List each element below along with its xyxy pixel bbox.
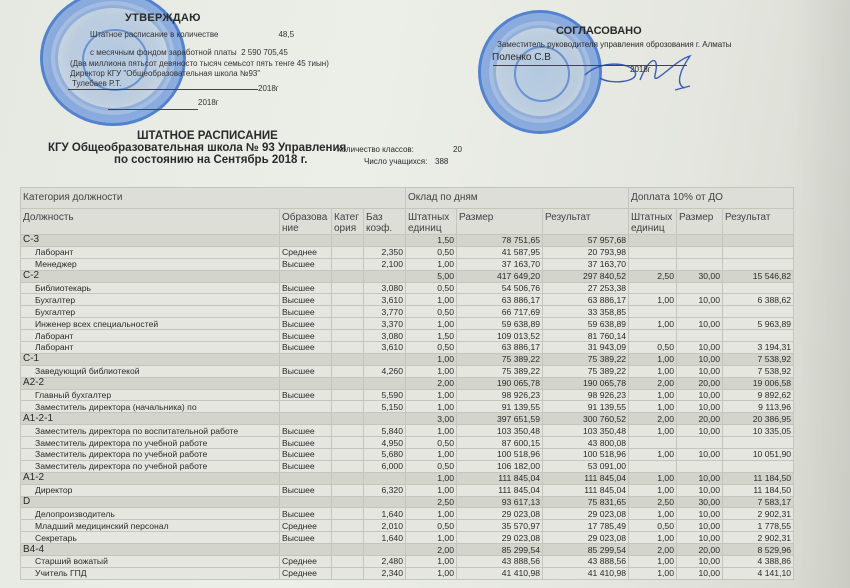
position-row: БухгалтерВысшее3,6101,0063 886,1763 886,… [21, 294, 794, 306]
cell-base-coef [364, 413, 406, 425]
cell-result: 75 389,22 [543, 353, 629, 365]
cell-bonus-units: 2,00 [629, 377, 677, 389]
cell-bonus-units: 1,00 [629, 449, 677, 461]
cell-bonus-amount: 10,00 [677, 449, 723, 461]
category-row: С-31,5078 751,6557 957,68 [21, 235, 794, 247]
cell-units: 2,00 [406, 544, 457, 556]
col-bonus-units: Штатных единиц [629, 209, 677, 235]
agree-date: 2018г [630, 65, 651, 74]
cell-name: С-2 [21, 270, 280, 282]
category-row: В4-42,0085 299,5485 299,542,0020,008 529… [21, 544, 794, 556]
approve-line-fund: с месячным фондом заработной платы 2 590… [90, 48, 288, 59]
cell-name: В4-4 [21, 544, 280, 556]
cell-name: Секретарь [21, 532, 280, 544]
cell-base-coef: 4,260 [364, 365, 406, 377]
cell-base-coef: 1,640 [364, 508, 406, 520]
cell-category [332, 508, 364, 520]
cell-amount: 75 389,22 [457, 365, 543, 377]
cell-bonus-amount: 10,00 [677, 342, 723, 354]
cell-units: 1,00 [406, 472, 457, 484]
organization-name: КГУ Общеобразовательная школа № 93 Управ… [48, 142, 346, 154]
cell-bonus-units: 1,00 [629, 484, 677, 496]
cell-bonus-result: 8 529,96 [723, 544, 794, 556]
category-row: С-11,0075 389,2275 389,221,0010,007 538,… [21, 353, 794, 365]
cell-bonus-result [723, 460, 794, 472]
cell-category [332, 413, 364, 425]
cell-bonus-amount: 20,00 [677, 544, 723, 556]
cell-education: Высшее [280, 365, 332, 377]
cell-name: Лаборант [21, 246, 280, 258]
cell-units: 0,50 [406, 520, 457, 532]
classes-count: Количество классов:20 [337, 145, 462, 154]
cell-result: 300 760,52 [543, 413, 629, 425]
cell-amount: 103 350,48 [457, 425, 543, 437]
agree-signature-line [493, 65, 687, 66]
cell-base-coef: 4,950 [364, 437, 406, 449]
cell-amount: 37 163,70 [457, 258, 543, 270]
category-row: С-25,00417 649,20297 840,522,5030,0015 5… [21, 270, 794, 282]
cell-bonus-units [629, 235, 677, 247]
cell-bonus-amount [677, 306, 723, 318]
cell-result: 43 888,56 [543, 556, 629, 568]
category-row: А1-2-13,00397 651,59300 760,522,0020,002… [21, 413, 794, 425]
cell-category [332, 246, 364, 258]
cell-category [332, 365, 364, 377]
cell-bonus-amount: 10,00 [677, 425, 723, 437]
cell-result: 85 299,54 [543, 544, 629, 556]
cell-education: Среднее [280, 556, 332, 568]
cell-base-coef: 3,770 [364, 306, 406, 318]
cell-education [280, 401, 332, 413]
cell-bonus-amount [677, 330, 723, 342]
cell-bonus-result: 4 388,86 [723, 556, 794, 568]
cell-bonus-amount [677, 235, 723, 247]
cell-bonus-result: 19 006,58 [723, 377, 794, 389]
cell-units: 0,50 [406, 282, 457, 294]
cell-bonus-units: 0,50 [629, 342, 677, 354]
cell-base-coef: 2,100 [364, 258, 406, 270]
approve-line-words: (Два миллиона пятьсот девяносто тысяч се… [70, 59, 329, 70]
cell-education: Высшее [280, 484, 332, 496]
cell-bonus-result: 2 902,31 [723, 508, 794, 520]
cell-name: Младший медицинский персонал [21, 520, 280, 532]
cell-units: 0,50 [406, 342, 457, 354]
cell-result: 43 800,08 [543, 437, 629, 449]
cell-bonus-units: 1,00 [629, 318, 677, 330]
cell-bonus-units: 1,00 [629, 365, 677, 377]
col-position: Должность [21, 209, 280, 235]
cell-education: Высшее [280, 508, 332, 520]
cell-amount: 397 651,59 [457, 413, 543, 425]
cell-result: 29 023,08 [543, 508, 629, 520]
cell-category [332, 389, 364, 401]
cell-units: 1,00 [406, 258, 457, 270]
cell-name: Учитель ГПД [21, 567, 280, 579]
cell-result: 31 943,09 [543, 342, 629, 354]
cell-name: Заведующий библиотекой [21, 365, 280, 377]
cell-result: 20 793,98 [543, 246, 629, 258]
cell-name: С-1 [21, 353, 280, 365]
cell-bonus-units [629, 460, 677, 472]
cell-base-coef: 5,590 [364, 389, 406, 401]
cell-category [332, 235, 364, 247]
cell-bonus-amount: 10,00 [677, 472, 723, 484]
cell-units: 3,00 [406, 413, 457, 425]
cell-bonus-units: 1,00 [629, 472, 677, 484]
cell-bonus-amount: 10,00 [677, 353, 723, 365]
cell-amount: 417 649,20 [457, 270, 543, 282]
cell-bonus-amount: 10,00 [677, 318, 723, 330]
cell-bonus-units [629, 246, 677, 258]
cell-education: Среднее [280, 567, 332, 579]
cell-result: 41 410,98 [543, 567, 629, 579]
cell-category [332, 342, 364, 354]
cell-name: С-3 [21, 235, 280, 247]
position-row: Инженер всех специальностейВысшее3,3701,… [21, 318, 794, 330]
cell-name: А1-2-1 [21, 413, 280, 425]
cell-amount: 29 023,08 [457, 532, 543, 544]
cell-base-coef: 3,370 [364, 318, 406, 330]
staff-schedule-table: Категория должности Оклад по дням Доплат… [20, 187, 794, 580]
cell-units: 1,00 [406, 425, 457, 437]
cell-category [332, 496, 364, 508]
cell-bonus-amount: 10,00 [677, 556, 723, 568]
cell-bonus-amount: 10,00 [677, 508, 723, 520]
cell-education: Высшее [280, 330, 332, 342]
cell-bonus-units: 1,00 [629, 532, 677, 544]
cell-amount: 63 886,17 [457, 342, 543, 354]
cell-education: Высшее [280, 389, 332, 401]
cell-category [332, 270, 364, 282]
cell-name: Инженер всех специальностей [21, 318, 280, 330]
cell-bonus-units [629, 330, 677, 342]
approve-line-name: Тулебаев Р.Т. [72, 79, 121, 90]
cell-units: 1,00 [406, 449, 457, 461]
cell-bonus-amount: 10,00 [677, 532, 723, 544]
cell-units: 1,00 [406, 353, 457, 365]
cell-bonus-units: 2,50 [629, 496, 677, 508]
cell-result: 111 845,04 [543, 472, 629, 484]
cell-bonus-result: 2 902,31 [723, 532, 794, 544]
cell-bonus-amount: 30,00 [677, 496, 723, 508]
position-row: Младший медицинский персоналСреднее2,010… [21, 520, 794, 532]
cell-bonus-amount: 10,00 [677, 401, 723, 413]
cell-amount: 75 389,22 [457, 353, 543, 365]
cell-units: 0,50 [406, 437, 457, 449]
cell-bonus-result: 4 141,10 [723, 567, 794, 579]
approve-date-1: 2018г [258, 84, 279, 95]
cell-name: Главный бухгалтер [21, 389, 280, 401]
cell-amount: 41 587,95 [457, 246, 543, 258]
cell-bonus-result [723, 306, 794, 318]
cell-amount: 63 886,17 [457, 294, 543, 306]
cell-result: 63 886,17 [543, 294, 629, 306]
cell-name: Бухгалтер [21, 306, 280, 318]
position-row: Заместитель директора по учебной работеВ… [21, 449, 794, 461]
cell-amount: 109 013,52 [457, 330, 543, 342]
approve-line-units: Штатное расписание в количестве48,5 [90, 30, 294, 41]
cell-education: Высшее [280, 306, 332, 318]
cell-name: Лаборант [21, 330, 280, 342]
cell-education: Высшее [280, 532, 332, 544]
cell-education: Высшее [280, 294, 332, 306]
cell-base-coef: 5,680 [364, 449, 406, 461]
cell-bonus-amount: 10,00 [677, 520, 723, 532]
cell-name: Заместитель директора по воспитательной … [21, 425, 280, 437]
cell-name: Заместитель директора по учебной работе [21, 437, 280, 449]
position-row: Заведующий библиотекойВысшее4,2601,0075 … [21, 365, 794, 377]
cell-result: 57 957,68 [543, 235, 629, 247]
cell-amount: 93 617,13 [457, 496, 543, 508]
cell-amount: 111 845,04 [457, 472, 543, 484]
cell-units: 1,50 [406, 330, 457, 342]
cell-result: 75 831,65 [543, 496, 629, 508]
position-row: ЛаборантВысшее3,6100,5063 886,1731 943,0… [21, 342, 794, 354]
cell-bonus-units [629, 282, 677, 294]
cell-bonus-amount [677, 460, 723, 472]
cell-category [332, 353, 364, 365]
cell-bonus-units [629, 306, 677, 318]
cell-education: Высшее [280, 342, 332, 354]
cell-name: D [21, 496, 280, 508]
cell-units: 0,50 [406, 460, 457, 472]
cell-education: Высшее [280, 460, 332, 472]
cell-base-coef [364, 353, 406, 365]
position-row: Главный бухгалтерВысшее5,5901,0098 926,2… [21, 389, 794, 401]
cell-base-coef: 3,080 [364, 282, 406, 294]
cell-units: 2,00 [406, 377, 457, 389]
position-row: Учитель ГПДСреднее2,3401,0041 410,9841 4… [21, 567, 794, 579]
cell-result: 297 840,52 [543, 270, 629, 282]
cell-base-coef [364, 235, 406, 247]
cell-result: 37 163,70 [543, 258, 629, 270]
cell-name: Директор [21, 484, 280, 496]
cell-result: 111 845,04 [543, 484, 629, 496]
group-header-salary: Оклад по дням [406, 188, 629, 209]
cell-name: Заместитель директора по учебной работе [21, 460, 280, 472]
approve-signature-line [68, 89, 258, 90]
agree-title: СОГЛАСОВАНО [556, 25, 642, 37]
cell-units: 1,00 [406, 294, 457, 306]
cell-bonus-units [629, 437, 677, 449]
position-row: Заместитель директора по воспитательной … [21, 425, 794, 437]
cell-category [332, 544, 364, 556]
cell-units: 1,00 [406, 484, 457, 496]
cell-bonus-units [629, 258, 677, 270]
cell-result: 103 350,48 [543, 425, 629, 437]
cell-category [332, 520, 364, 532]
position-row: Старший вожатыйСреднее2,4801,0043 888,56… [21, 556, 794, 568]
cell-category [332, 567, 364, 579]
cell-units: 1,00 [406, 508, 457, 520]
cell-result: 98 926,23 [543, 389, 629, 401]
col-category: Категория [332, 209, 364, 235]
cell-name: Бухгалтер [21, 294, 280, 306]
cell-base-coef: 5,840 [364, 425, 406, 437]
cell-bonus-result: 7 538,92 [723, 365, 794, 377]
cell-base-coef [364, 270, 406, 282]
cell-category [332, 330, 364, 342]
cell-bonus-result [723, 330, 794, 342]
cell-name: Заместитель директора (начальника) по [21, 401, 280, 413]
cell-base-coef: 5,150 [364, 401, 406, 413]
cell-base-coef: 3,610 [364, 342, 406, 354]
cell-units: 1,00 [406, 365, 457, 377]
cell-bonus-units: 1,00 [629, 508, 677, 520]
cell-name: Старший вожатый [21, 556, 280, 568]
cell-education [280, 235, 332, 247]
approve-title: УТВЕРЖДАЮ [125, 12, 201, 24]
cell-units: 1,00 [406, 401, 457, 413]
cell-amount: 66 717,69 [457, 306, 543, 318]
category-row: D2,5093 617,1375 831,652,5030,007 583,17 [21, 496, 794, 508]
cell-education [280, 544, 332, 556]
cell-amount: 29 023,08 [457, 508, 543, 520]
cell-category [332, 484, 364, 496]
cell-education: Среднее [280, 520, 332, 532]
cell-bonus-amount: 10,00 [677, 567, 723, 579]
cell-bonus-result: 10 051,90 [723, 449, 794, 461]
cell-bonus-units: 1,00 [629, 353, 677, 365]
cell-bonus-units: 1,00 [629, 294, 677, 306]
photo-shadow [790, 0, 850, 588]
cell-units: 1,00 [406, 556, 457, 568]
cell-units: 2,50 [406, 496, 457, 508]
col-result: Результат [543, 209, 629, 235]
col-units: Штатных единиц [406, 209, 457, 235]
col-base-coef: Баз коэф. [364, 209, 406, 235]
cell-bonus-amount: 20,00 [677, 413, 723, 425]
position-row: БухгалтерВысшее3,7700,5066 717,6933 358,… [21, 306, 794, 318]
cell-bonus-result: 20 386,95 [723, 413, 794, 425]
document-date: по состоянию на Сентябрь 2018 г. [114, 154, 307, 166]
col-education: Образование [280, 209, 332, 235]
position-row: ДиректорВысшее6,3201,00111 845,04111 845… [21, 484, 794, 496]
document-title: ШТАТНОЕ РАСПИСАНИЕ [137, 130, 278, 142]
cell-bonus-units: 1,00 [629, 425, 677, 437]
cell-bonus-amount: 10,00 [677, 294, 723, 306]
cell-category [332, 377, 364, 389]
cell-amount: 91 139,55 [457, 401, 543, 413]
group-header-category: Категория должности [21, 188, 406, 209]
cell-name: Лаборант [21, 342, 280, 354]
approve-date-line [108, 109, 198, 110]
cell-result: 75 389,22 [543, 365, 629, 377]
cell-category [332, 472, 364, 484]
cell-bonus-result: 7 583,17 [723, 496, 794, 508]
cell-bonus-result: 3 194,31 [723, 342, 794, 354]
cell-units: 1,00 [406, 318, 457, 330]
cell-bonus-amount [677, 437, 723, 449]
cell-amount: 59 638,89 [457, 318, 543, 330]
cell-base-coef: 1,640 [364, 532, 406, 544]
cell-name: Заместитель директора по учебной работе [21, 449, 280, 461]
column-header-row: Должность Образование Категория Баз коэф… [21, 209, 794, 235]
cell-base-coef: 2,480 [364, 556, 406, 568]
cell-bonus-units: 2,00 [629, 413, 677, 425]
position-row: Заместитель директора (начальника) по5,1… [21, 401, 794, 413]
cell-bonus-amount: 10,00 [677, 484, 723, 496]
cell-base-coef: 2,340 [364, 567, 406, 579]
position-row: Заместитель директора по учебной работеВ… [21, 460, 794, 472]
cell-amount: 41 410,98 [457, 567, 543, 579]
cell-bonus-amount: 10,00 [677, 389, 723, 401]
cell-category [332, 532, 364, 544]
position-row: МенеджерВысшее2,1001,0037 163,7037 163,7… [21, 258, 794, 270]
cell-amount: 100 518,96 [457, 449, 543, 461]
cell-amount: 111 845,04 [457, 484, 543, 496]
cell-result: 29 023,08 [543, 532, 629, 544]
cell-base-coef: 6,000 [364, 460, 406, 472]
approve-date-2: 2018г [198, 98, 219, 109]
cell-units: 0,50 [406, 246, 457, 258]
col-amount: Размер [457, 209, 543, 235]
cell-bonus-units: 1,00 [629, 401, 677, 413]
cell-bonus-units: 1,00 [629, 567, 677, 579]
cell-amount: 106 182,00 [457, 460, 543, 472]
cell-category [332, 306, 364, 318]
col-bonus-amount: Размер [677, 209, 723, 235]
cell-category [332, 449, 364, 461]
cell-education [280, 413, 332, 425]
cell-name: Делопроизводитель [21, 508, 280, 520]
cell-bonus-result [723, 246, 794, 258]
cell-base-coef [364, 472, 406, 484]
position-row: ЛаборантСреднее2,3500,5041 587,9520 793,… [21, 246, 794, 258]
cell-education: Высшее [280, 318, 332, 330]
cell-amount: 98 926,23 [457, 389, 543, 401]
cell-bonus-result: 11 184,50 [723, 484, 794, 496]
cell-bonus-result [723, 437, 794, 449]
cell-base-coef: 3,080 [364, 330, 406, 342]
group-header-bonus: Доплата 10% от ДО [629, 188, 794, 209]
cell-education: Высшее [280, 449, 332, 461]
cell-units: 1,00 [406, 567, 457, 579]
cell-result: 59 638,89 [543, 318, 629, 330]
cell-bonus-units: 2,50 [629, 270, 677, 282]
cell-bonus-units: 1,00 [629, 389, 677, 401]
students-count: Число учащихся:388 [364, 157, 448, 166]
cell-bonus-amount [677, 282, 723, 294]
cell-bonus-amount [677, 258, 723, 270]
cell-units: 1,00 [406, 532, 457, 544]
cell-category [332, 460, 364, 472]
cell-education: Высшее [280, 437, 332, 449]
cell-units: 0,50 [406, 306, 457, 318]
cell-base-coef: 6,320 [364, 484, 406, 496]
cell-bonus-result [723, 235, 794, 247]
cell-units: 5,00 [406, 270, 457, 282]
cell-base-coef: 2,010 [364, 520, 406, 532]
cell-category [332, 437, 364, 449]
cell-result: 91 139,55 [543, 401, 629, 413]
cell-base-coef [364, 377, 406, 389]
cell-amount: 54 506,76 [457, 282, 543, 294]
cell-base-coef: 3,610 [364, 294, 406, 306]
cell-result: 190 065,78 [543, 377, 629, 389]
cell-amount: 35 570,97 [457, 520, 543, 532]
cell-bonus-result: 9 113,96 [723, 401, 794, 413]
category-row: А1-21,00111 845,04111 845,041,0010,0011 … [21, 472, 794, 484]
cell-bonus-result: 7 538,92 [723, 353, 794, 365]
cell-name: Библиотекарь [21, 282, 280, 294]
cell-units: 1,50 [406, 235, 457, 247]
cell-education: Высшее [280, 425, 332, 437]
cell-name: А1-2 [21, 472, 280, 484]
approve-line-director: Директор КГУ "Общеобразовательная школа … [70, 69, 260, 80]
cell-result: 33 358,85 [543, 306, 629, 318]
cell-bonus-amount: 30,00 [677, 270, 723, 282]
